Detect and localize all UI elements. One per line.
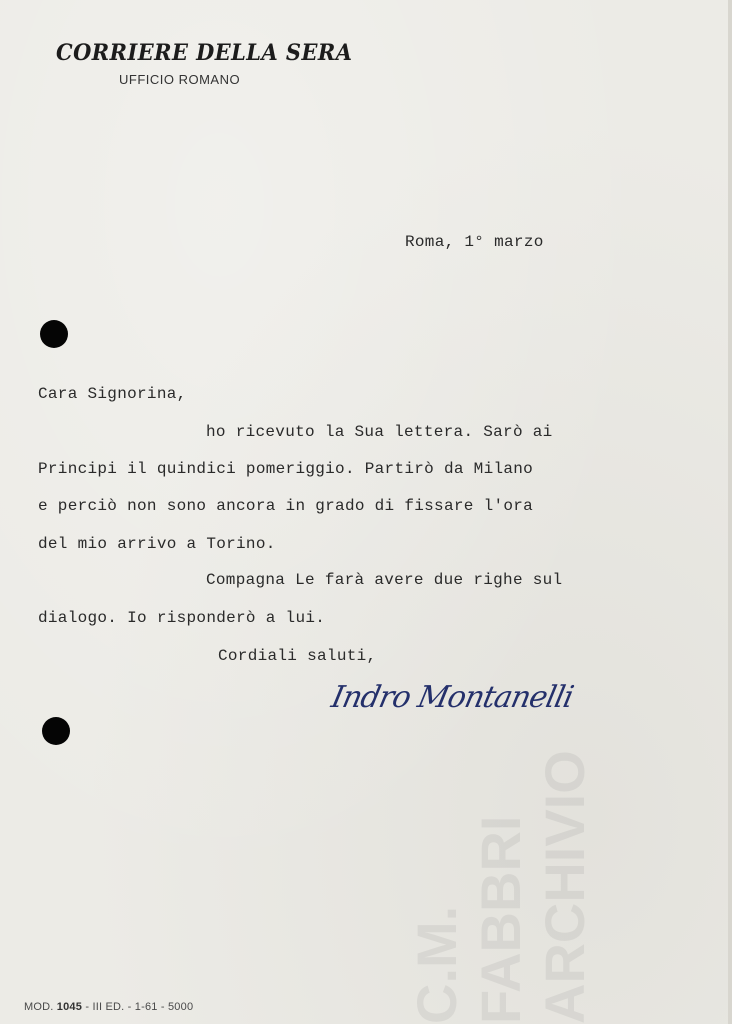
form-footer: MOD. 1045 - III ED. - 1-61 - 5000 [24,1001,193,1013]
body-line-3: e perciò non sono ancora in grado di fis… [38,497,533,515]
stamp-line-1: C.M. FABBRI [405,816,532,1024]
punch-hole-bottom [42,717,70,745]
salutation: Cara Signorina, [38,385,187,403]
letter-date: Roma, 1° marzo [405,233,544,251]
body-line-6: dialogo. Io risponderò a lui. [38,609,325,627]
footer-mod-label: MOD. [24,1001,54,1013]
newspaper-masthead: CORRIERE DELLA SERA [56,40,352,66]
paper-edge [728,0,732,1024]
body-line-4: del mio arrivo a Torino. [38,535,276,553]
stamp-line-2: ARCHIVIO [533,750,596,1024]
body-line-5: Compagna Le farà avere due righe sul [206,571,562,589]
body-line-1: ho ricevuto la Sua lettera. Sarò ai [206,423,553,441]
archive-stamp-watermark: C.M. FABBRI ARCHIVIO [405,690,595,1024]
closing: Cordiali saluti, [218,647,376,665]
body-line-2: Principi il quindici pomeriggio. Partirò… [38,460,533,478]
footer-edition: - III ED. - 1-61 - 5000 [85,1001,193,1013]
punch-hole-top [40,320,68,348]
office-label: UFFICIO ROMANO [119,72,240,87]
handwritten-signature: Indro Montanelli [328,680,576,715]
footer-mod-number: 1045 [57,1001,82,1013]
